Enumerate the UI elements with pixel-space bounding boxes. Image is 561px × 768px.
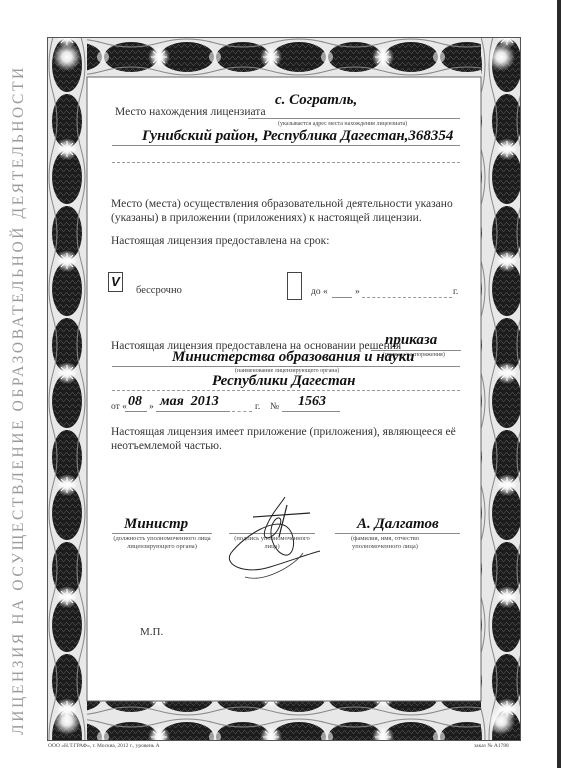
side-title: Лицензия на осуществление образовательно…	[4, 80, 34, 720]
date-year-suffix: г.	[255, 402, 260, 412]
order-number: заказ № А1788	[474, 743, 509, 749]
authority-value-2: Республики Дагестан	[212, 373, 355, 390]
name-value: А. Далгатов	[357, 516, 439, 533]
decision-month-year: мая 2013	[160, 394, 219, 410]
side-title-text: Лицензия на осуществление образовательно…	[10, 65, 28, 735]
position-caption: (должность уполномоченного лица лицензир…	[112, 535, 212, 551]
decision-day-line	[125, 411, 147, 412]
until-day-line	[332, 297, 352, 298]
name-line	[335, 533, 460, 534]
until-month-line	[362, 297, 452, 298]
licensee-location-value-1: с. Согратль,	[275, 92, 357, 109]
until-label: до «	[311, 287, 328, 297]
checkbox-until-date[interactable]	[287, 272, 302, 300]
licensee-location-line-2	[112, 145, 460, 146]
authority-value-1: Министерства образования и науки	[172, 349, 415, 366]
position-line	[112, 533, 212, 534]
decision-number: 1563	[298, 394, 326, 410]
decision-day: 08	[128, 394, 142, 410]
position-value: Министр	[124, 516, 188, 533]
decision-number-line	[282, 411, 340, 412]
handwritten-signature	[225, 495, 335, 585]
licensee-location-line-3	[112, 162, 460, 163]
name-caption: (фамилия, имя, отчество уполномоченного …	[335, 535, 435, 551]
appendix-text: Настоящая лицензия имеет приложение (при…	[111, 425, 461, 453]
activity-place-text: Место (места) осуществления образователь…	[111, 197, 461, 225]
number-prefix: №	[270, 402, 279, 412]
licensee-location-label: Место нахождения лицензиата	[115, 106, 266, 118]
authority-line-2	[112, 390, 460, 391]
authority-line-1	[112, 366, 460, 367]
scan-edge	[557, 0, 561, 768]
stamp-place: М.П.	[140, 626, 163, 638]
term-label: Настоящая лицензия предоставлена на срок…	[111, 234, 329, 248]
licensee-location-value-2: Гунибский район, Республика Дагестан,368…	[142, 128, 453, 145]
licensee-location-line-1	[248, 118, 460, 119]
until-quote-close: »	[355, 287, 360, 297]
printer-info: ООО «Н.Т.ГРАФ», г. Москва, 2012 г., уров…	[48, 743, 160, 749]
until-year-suffix: г.	[453, 287, 458, 297]
indefinite-label: бессрочно	[136, 285, 182, 296]
decision-type-value: приказа	[385, 332, 437, 349]
licensee-location-caption: (указывается адрес места нахождения лице…	[278, 121, 407, 127]
checkbox-indefinite[interactable]: V	[108, 272, 123, 292]
date-quote-close: »	[149, 402, 154, 412]
decision-month-line	[156, 411, 230, 412]
decision-year-line	[232, 411, 252, 412]
